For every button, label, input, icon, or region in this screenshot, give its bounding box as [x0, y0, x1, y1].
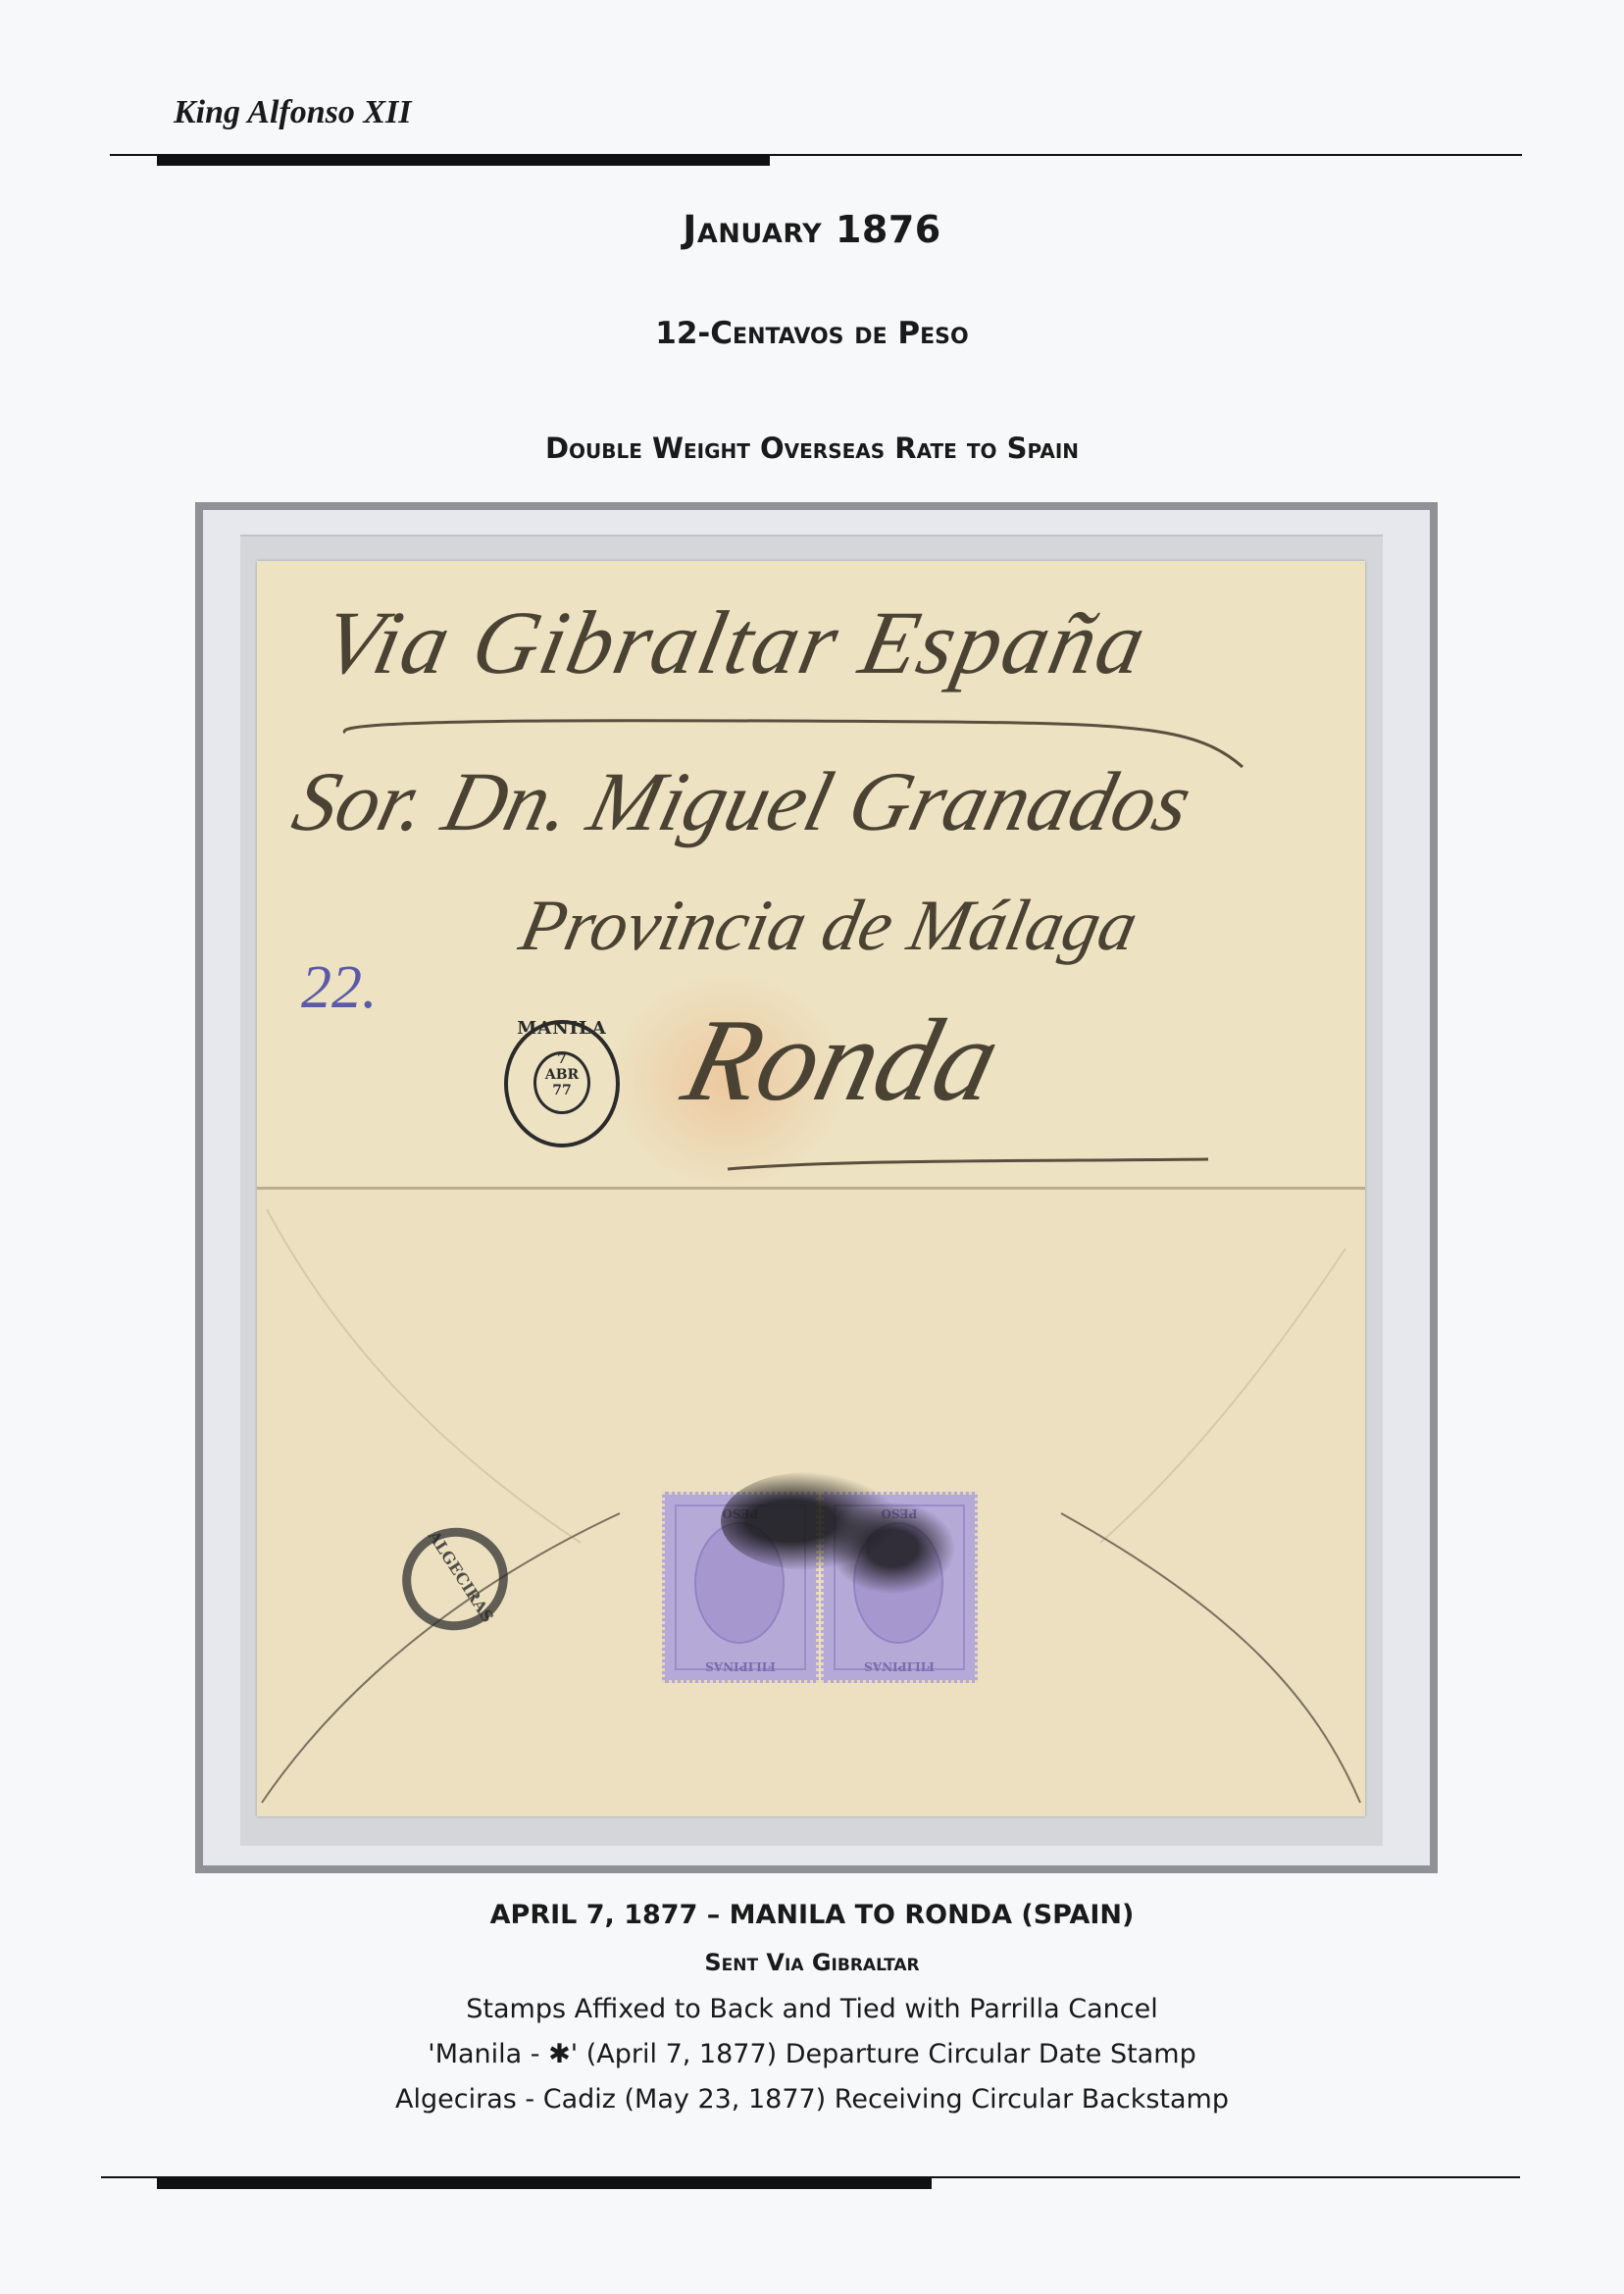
denomination-heading: 12-Centavos de Peso — [0, 316, 1624, 351]
caption-departure-cds: 'Manila - ✱' (April 7, 1877) Departure C… — [0, 2039, 1624, 2069]
rate-heading: Double Weight Overseas Rate to Spain — [0, 432, 1624, 465]
postmark-day: 7 — [541, 1051, 583, 1067]
manuscript-province: Provincia de Málaga — [513, 885, 1144, 968]
stamp-country-label: FILIPINAS — [836, 1659, 963, 1673]
parrilla-cancel-right — [829, 1502, 956, 1595]
header-rule-thick — [157, 155, 770, 166]
issue-date-heading: January 1876 — [0, 208, 1624, 251]
manuscript-city: Ronda — [672, 993, 1013, 1128]
cover-envelope: Via Gibraltar España Sor. Dn. Miguel Gra… — [257, 561, 1365, 1816]
envelope-front-flap: Via Gibraltar España Sor. Dn. Miguel Gra… — [257, 561, 1365, 1189]
backstamp-text: ALGECIRAS — [425, 1528, 483, 1604]
envelope-back: PESO FILIPINAS PESO FILIPINAS ALGECIRAS — [257, 1190, 1365, 1816]
page-header-title: King Alfonso XII — [174, 94, 412, 131]
postmark-month: ABR — [541, 1067, 583, 1083]
manuscript-addressee: Sor. Dn. Miguel Granados — [284, 752, 1201, 850]
caption-stamps-note: Stamps Affixed to Back and Tied with Par… — [0, 1994, 1624, 2024]
postmark-city: MANILA — [508, 1018, 616, 1039]
footer-rule-thick — [157, 2178, 932, 2189]
caption-receiving-backstamp: Algeciras - Cadiz (May 23, 1877) Receivi… — [0, 2084, 1624, 2115]
postmark-year: 77 — [541, 1083, 583, 1098]
stamp-pair: PESO FILIPINAS PESO FILIPINAS — [662, 1492, 986, 1688]
stamp-country-label: FILIPINAS — [677, 1659, 804, 1673]
caption-via: Sent Via Gibraltar — [0, 1949, 1624, 1976]
manila-departure-postmark: MANILA 7 ABR 77 — [504, 1020, 620, 1147]
manuscript-rate-marking: 22. — [301, 953, 378, 1023]
caption-route: APRIL 7, 1877 – MANILA TO RONDA (SPAIN) — [0, 1900, 1624, 1930]
